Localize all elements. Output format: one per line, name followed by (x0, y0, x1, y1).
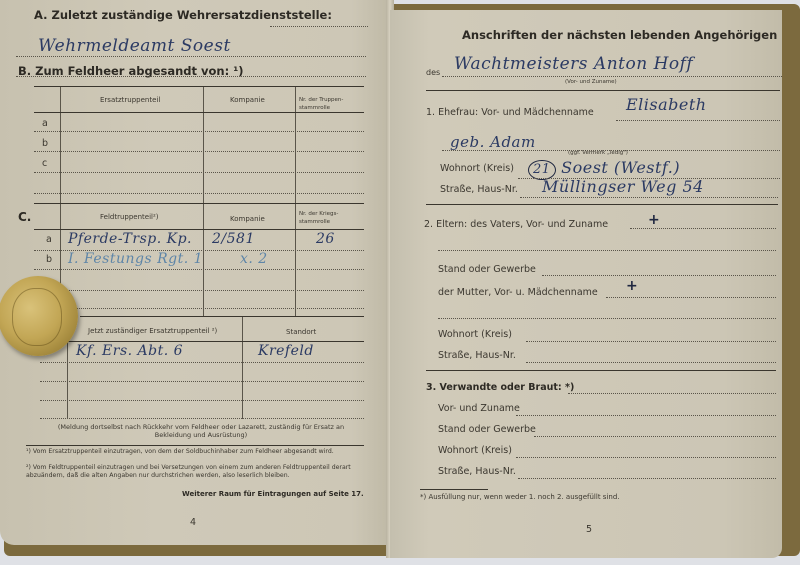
section-c-row-b-letter: b (46, 254, 52, 265)
father-label: 2. Eltern: des Vaters, Vor- und Zuname (424, 219, 608, 230)
soldier-name: Wachtmeisters Anton Hoff (454, 54, 693, 74)
relatives-street-label: Straße, Haus-Nr. (438, 466, 516, 477)
spouse-hint: (ggf. Vermerk „ledig") (568, 150, 628, 156)
page-number-left: 4 (190, 517, 196, 528)
spouse-street-value: Müllingser Weg 54 (542, 177, 704, 196)
right-page: Anschriften der nächsten lebenden Angehö… (390, 10, 782, 558)
father-deceased-mark: + (648, 212, 660, 228)
spouse-first-name: Elisabeth (626, 95, 707, 114)
replacement-col-location: Standort (286, 328, 316, 336)
relatives-label: 3. Verwandte oder Braut: *) (426, 382, 574, 393)
section-c-row-a-number: 26 (316, 231, 335, 247)
section-b-row-b: b (42, 138, 48, 149)
spouse-street-label: Straße, Haus-Nr. (440, 184, 518, 195)
des-label: des (426, 68, 440, 77)
relatives-residence-label: Wohnort (Kreis) (438, 445, 512, 456)
mother-deceased-mark: + (626, 278, 638, 294)
spouse-label: 1. Ehefrau: Vor- und Mädchenname (426, 107, 594, 118)
page-title: Anschriften der nächsten lebenden Angehö… (462, 28, 777, 42)
replacement-col-unit: Jetzt zuständiger Ersatztruppenteil ²) (88, 327, 217, 335)
page-number-right: 5 (586, 524, 592, 535)
section-a-label: A. Zuletzt zuständige Wehrersatzdienstst… (34, 8, 332, 22)
section-b-row-a: a (42, 118, 48, 129)
parents-street-label: Straße, Haus-Nr. (438, 350, 516, 361)
section-c-col-number: Nr. der Kriegs-stammrolle (299, 210, 363, 226)
footnote-2: ²) Vom Feldtruppenteil einzutragen und b… (26, 464, 362, 479)
parents-residence-label: Wohnort (Kreis) (438, 329, 512, 340)
coin (0, 276, 78, 356)
left-page: A. Zuletzt zuständige Wehrersatzdienstst… (0, 0, 390, 545)
section-b-row-c: c (42, 158, 47, 169)
des-hint: (Vor- und Zuname) (565, 79, 617, 85)
section-c-label: C. (18, 210, 31, 224)
mother-label: der Mutter, Vor- u. Mädchenname (438, 287, 598, 298)
section-b-col-number: Nr. der Truppen-stammrolle (299, 96, 363, 112)
section-c-col-company: Kompanie (230, 215, 265, 223)
more-space-note: Weiterer Raum für Eintragungen auf Seite… (182, 490, 364, 498)
replacement-location-value: Krefeld (258, 343, 314, 359)
footnote-1: ¹) Vom Ersatztruppenteil einzutragen, vo… (26, 448, 362, 456)
section-c-col-unit: Feldtruppenteil²) (100, 213, 159, 221)
spouse-residence-text: Soest (Westf.) (561, 158, 680, 177)
section-b-col-company: Kompanie (230, 96, 265, 104)
section-c-row-b-unit: I. Festungs Rgt. 1 (68, 251, 203, 267)
relatives-name-label: Vor- und Zuname (438, 403, 520, 414)
section-c-row-a-company: 2/581 (212, 231, 255, 247)
spouse-residence-label: Wohnort (Kreis) (440, 163, 514, 174)
section-a-value: Wehrmeldeamt Soest (38, 36, 231, 56)
section-c-row-b-company: x. 2 (240, 251, 268, 267)
relatives-occupation-label: Stand oder Gewerbe (438, 424, 536, 435)
spouse-maiden-name: geb. Adam (450, 133, 536, 151)
replacement-unit-value: Kf. Ers. Abt. 6 (76, 343, 183, 359)
section-c-row-a-letter: a (46, 234, 52, 245)
replacement-note: (Meldung dortselbst nach Rückkehr vom Fe… (40, 423, 362, 439)
section-b-col-unit: Ersatztruppenteil (100, 96, 160, 104)
father-occupation-label: Stand oder Gewerbe (438, 264, 536, 275)
section-c-row-a-unit: Pferde-Trsp. Kp. (68, 231, 192, 247)
right-footnote: *) Ausfüllung nur, wenn weder 1. noch 2.… (420, 493, 620, 501)
